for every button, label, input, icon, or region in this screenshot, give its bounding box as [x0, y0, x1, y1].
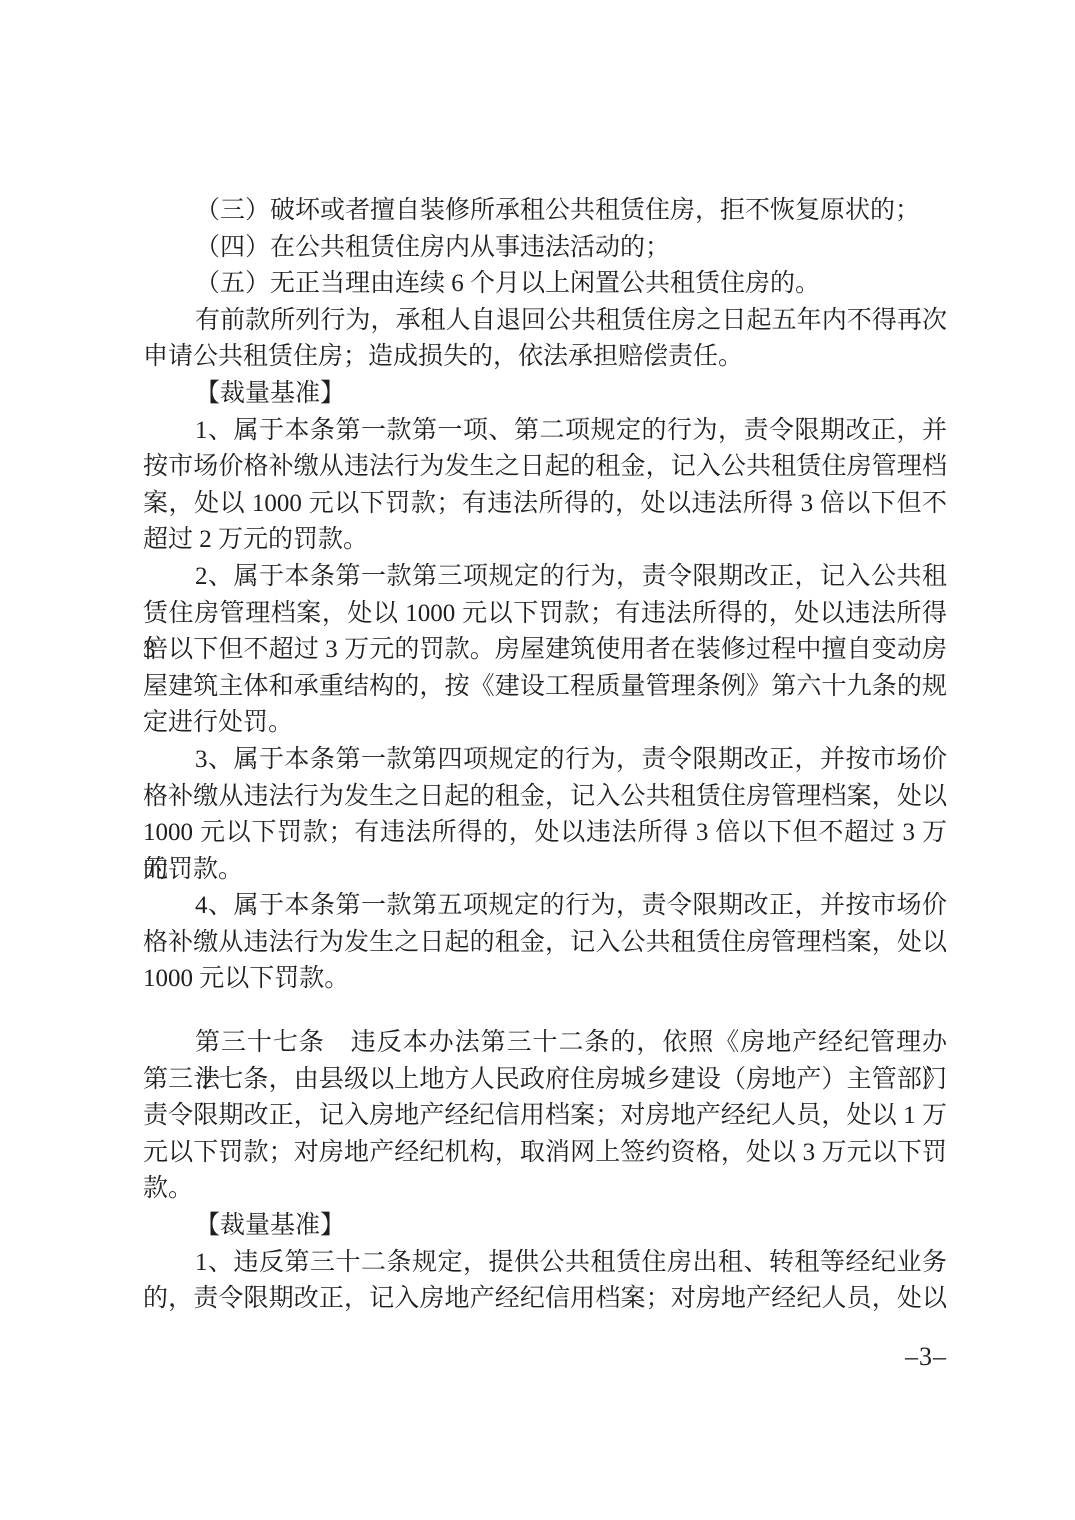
text-line: 赁住房管理档案，处以 1000 元以下罚款；有违法所得的，处以违法所得 3 [143, 596, 947, 633]
text-line: 定进行处罚。 [143, 705, 947, 742]
text-line: 【裁量基准】 [143, 1208, 947, 1245]
text-line: 格补缴从违法行为发生之日起的租金，记入公共租赁住房管理档案，处以 [143, 925, 947, 962]
section-gap [143, 998, 947, 1025]
text-line: 第三十七条 违反本办法第三十二条的，依照《房地产经纪管理办法》 [143, 1025, 947, 1062]
text-line: 3、属于本条第一款第四项规定的行为，责令限期改正，并按市场价 [143, 742, 947, 779]
text-line: 第三十七条，由县级以上地方人民政府住房城乡建设（房地产）主管部门 [143, 1062, 947, 1099]
text-line: 1000 元以下罚款。 [143, 961, 947, 998]
text-line: 屋建筑主体和承重结构的，按《建设工程质量管理条例》第六十九条的规 [143, 669, 947, 706]
document-page: （三）破坏或者擅自装修所承租公共租赁住房，拒不恢复原状的；（四）在公共租赁住房内… [0, 0, 1075, 1520]
text-line: 【裁量基准】 [143, 376, 947, 413]
text-line: 1、违反第三十二条规定，提供公共租赁住房出租、转租等经纪业务 [143, 1245, 947, 1282]
text-line: 1、属于本条第一款第一项、第二项规定的行为，责令限期改正，并 [143, 413, 947, 450]
text-line: 的，责令限期改正，记入房地产经纪信用档案；对房地产经纪人员，处以 [143, 1281, 947, 1318]
text-line: 申请公共租赁住房；造成损失的，依法承担赔偿责任。 [143, 339, 947, 376]
text-line: 按市场价格补缴从违法行为发生之日起的租金，记入公共租赁住房管理档 [143, 449, 947, 486]
page-number: –3– [143, 1344, 947, 1370]
text-line: 元以下罚款；对房地产经纪机构，取消网上签约资格，处以 3 万元以下罚 [143, 1135, 947, 1172]
document-body: （三）破坏或者擅自装修所承租公共租赁住房，拒不恢复原状的；（四）在公共租赁住房内… [143, 193, 947, 1318]
text-line: （四）在公共租赁住房内从事违法活动的； [143, 230, 947, 267]
text-line: 倍以下但不超过 3 万元的罚款。房屋建筑使用者在装修过程中擅自变动房 [143, 632, 947, 669]
text-line: （五）无正当理由连续 6 个月以上闲置公共租赁住房的。 [143, 266, 947, 303]
text-line: 案，处以 1000 元以下罚款；有违法所得的，处以违法所得 3 倍以下但不 [143, 486, 947, 523]
text-line: 有前款所列行为，承租人自退回公共租赁住房之日起五年内不得再次 [143, 303, 947, 340]
text-line: 责令限期改正，记入房地产经纪信用档案；对房地产经纪人员，处以 1 万 [143, 1098, 947, 1135]
text-line: 2、属于本条第一款第三项规定的行为，责令限期改正，记入公共租 [143, 559, 947, 596]
text-line: 格补缴从违法行为发生之日起的租金，记入公共租赁住房管理档案，处以 [143, 779, 947, 816]
text-line: 款。 [143, 1171, 947, 1208]
text-line: （三）破坏或者擅自装修所承租公共租赁住房，拒不恢复原状的； [143, 193, 947, 230]
text-line: 4、属于本条第一款第五项规定的行为，责令限期改正，并按市场价 [143, 888, 947, 925]
text-line: 超过 2 万元的罚款。 [143, 522, 947, 559]
text-line: 的罚款。 [143, 852, 947, 889]
text-line: 1000 元以下罚款；有违法所得的，处以违法所得 3 倍以下但不超过 3 万元 [143, 815, 947, 852]
